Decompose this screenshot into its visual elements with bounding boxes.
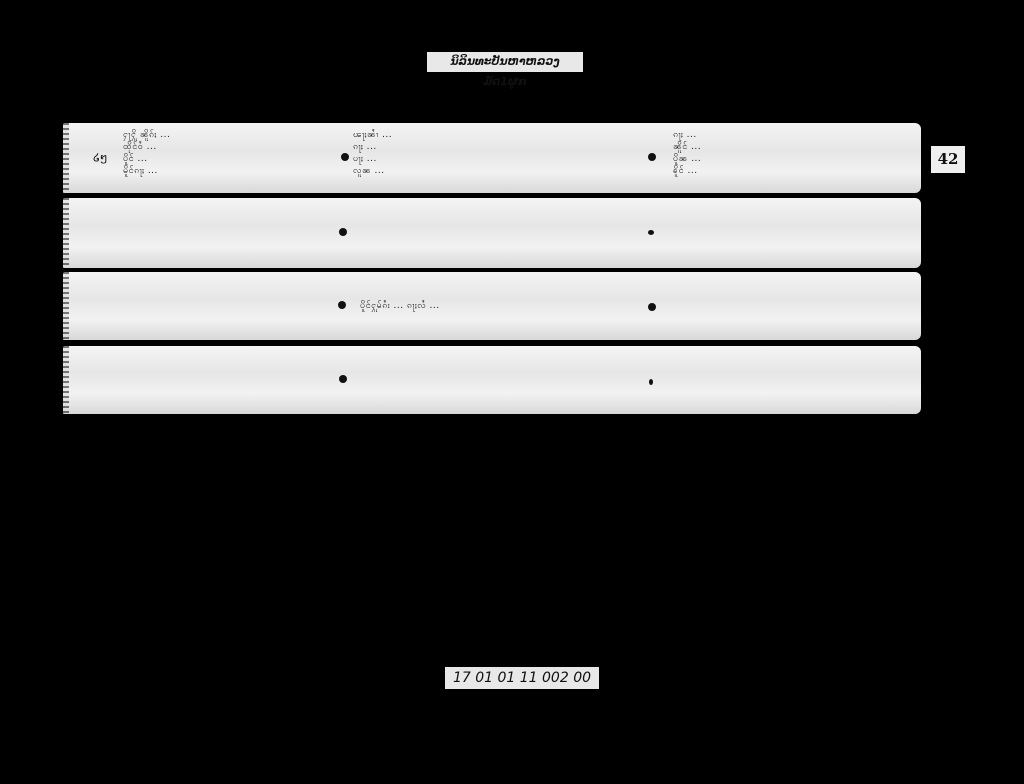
- catalog-id-label: 17 01 01 11 002 00: [445, 667, 599, 689]
- binding-hole-left: [339, 228, 347, 236]
- binding-hole-right: [648, 153, 656, 161]
- page-number-label: 42: [931, 146, 965, 173]
- binding-hole-left: [339, 375, 347, 383]
- binding-hole-left: [338, 301, 346, 309]
- leaf-text-line: ပိူင်ႁူမ်ၵႆး ... ၵႃႈလႆ ...: [360, 300, 440, 312]
- leaf-text-column-1: ႁႃႁိူ ၼိူၵ်ႈ ... ထိုင်ဝႆ ... ပိူင် ... မ…: [123, 129, 170, 177]
- leaf-margin-number: ໒ໆ: [93, 151, 107, 164]
- leaf-text-column-3: ၵႃႈ ... ၼိူင် ... ပိူၼ ... ၶိူင် ...: [673, 129, 701, 177]
- leaf-text-column-2: ၽႃႈၼၢႆ ... ၵႃႈ ... ပႃႈ ... လူၼ ...: [353, 129, 392, 177]
- binding-hole-right: [648, 230, 654, 235]
- palm-leaf-2: [63, 198, 921, 268]
- manuscript-title-label: ນິລິນທະປັນຫາຫລວງ ມັດ1ຜູກ: [427, 52, 583, 72]
- binding-hole-right: [648, 303, 656, 311]
- palm-leaf-4: [63, 346, 921, 414]
- binding-hole-left: [341, 153, 349, 161]
- palm-leaf-1: ໒ໆ ႁႃႁိူ ၼိူၵ်ႈ ... ထိုင်ဝႆ ... ပိူင် ..…: [63, 123, 921, 193]
- binding-hole-right: [649, 379, 653, 385]
- palm-leaf-3: ပိူင်ႁူမ်ၵႆး ... ၵႃႈလႆ ...: [63, 272, 921, 340]
